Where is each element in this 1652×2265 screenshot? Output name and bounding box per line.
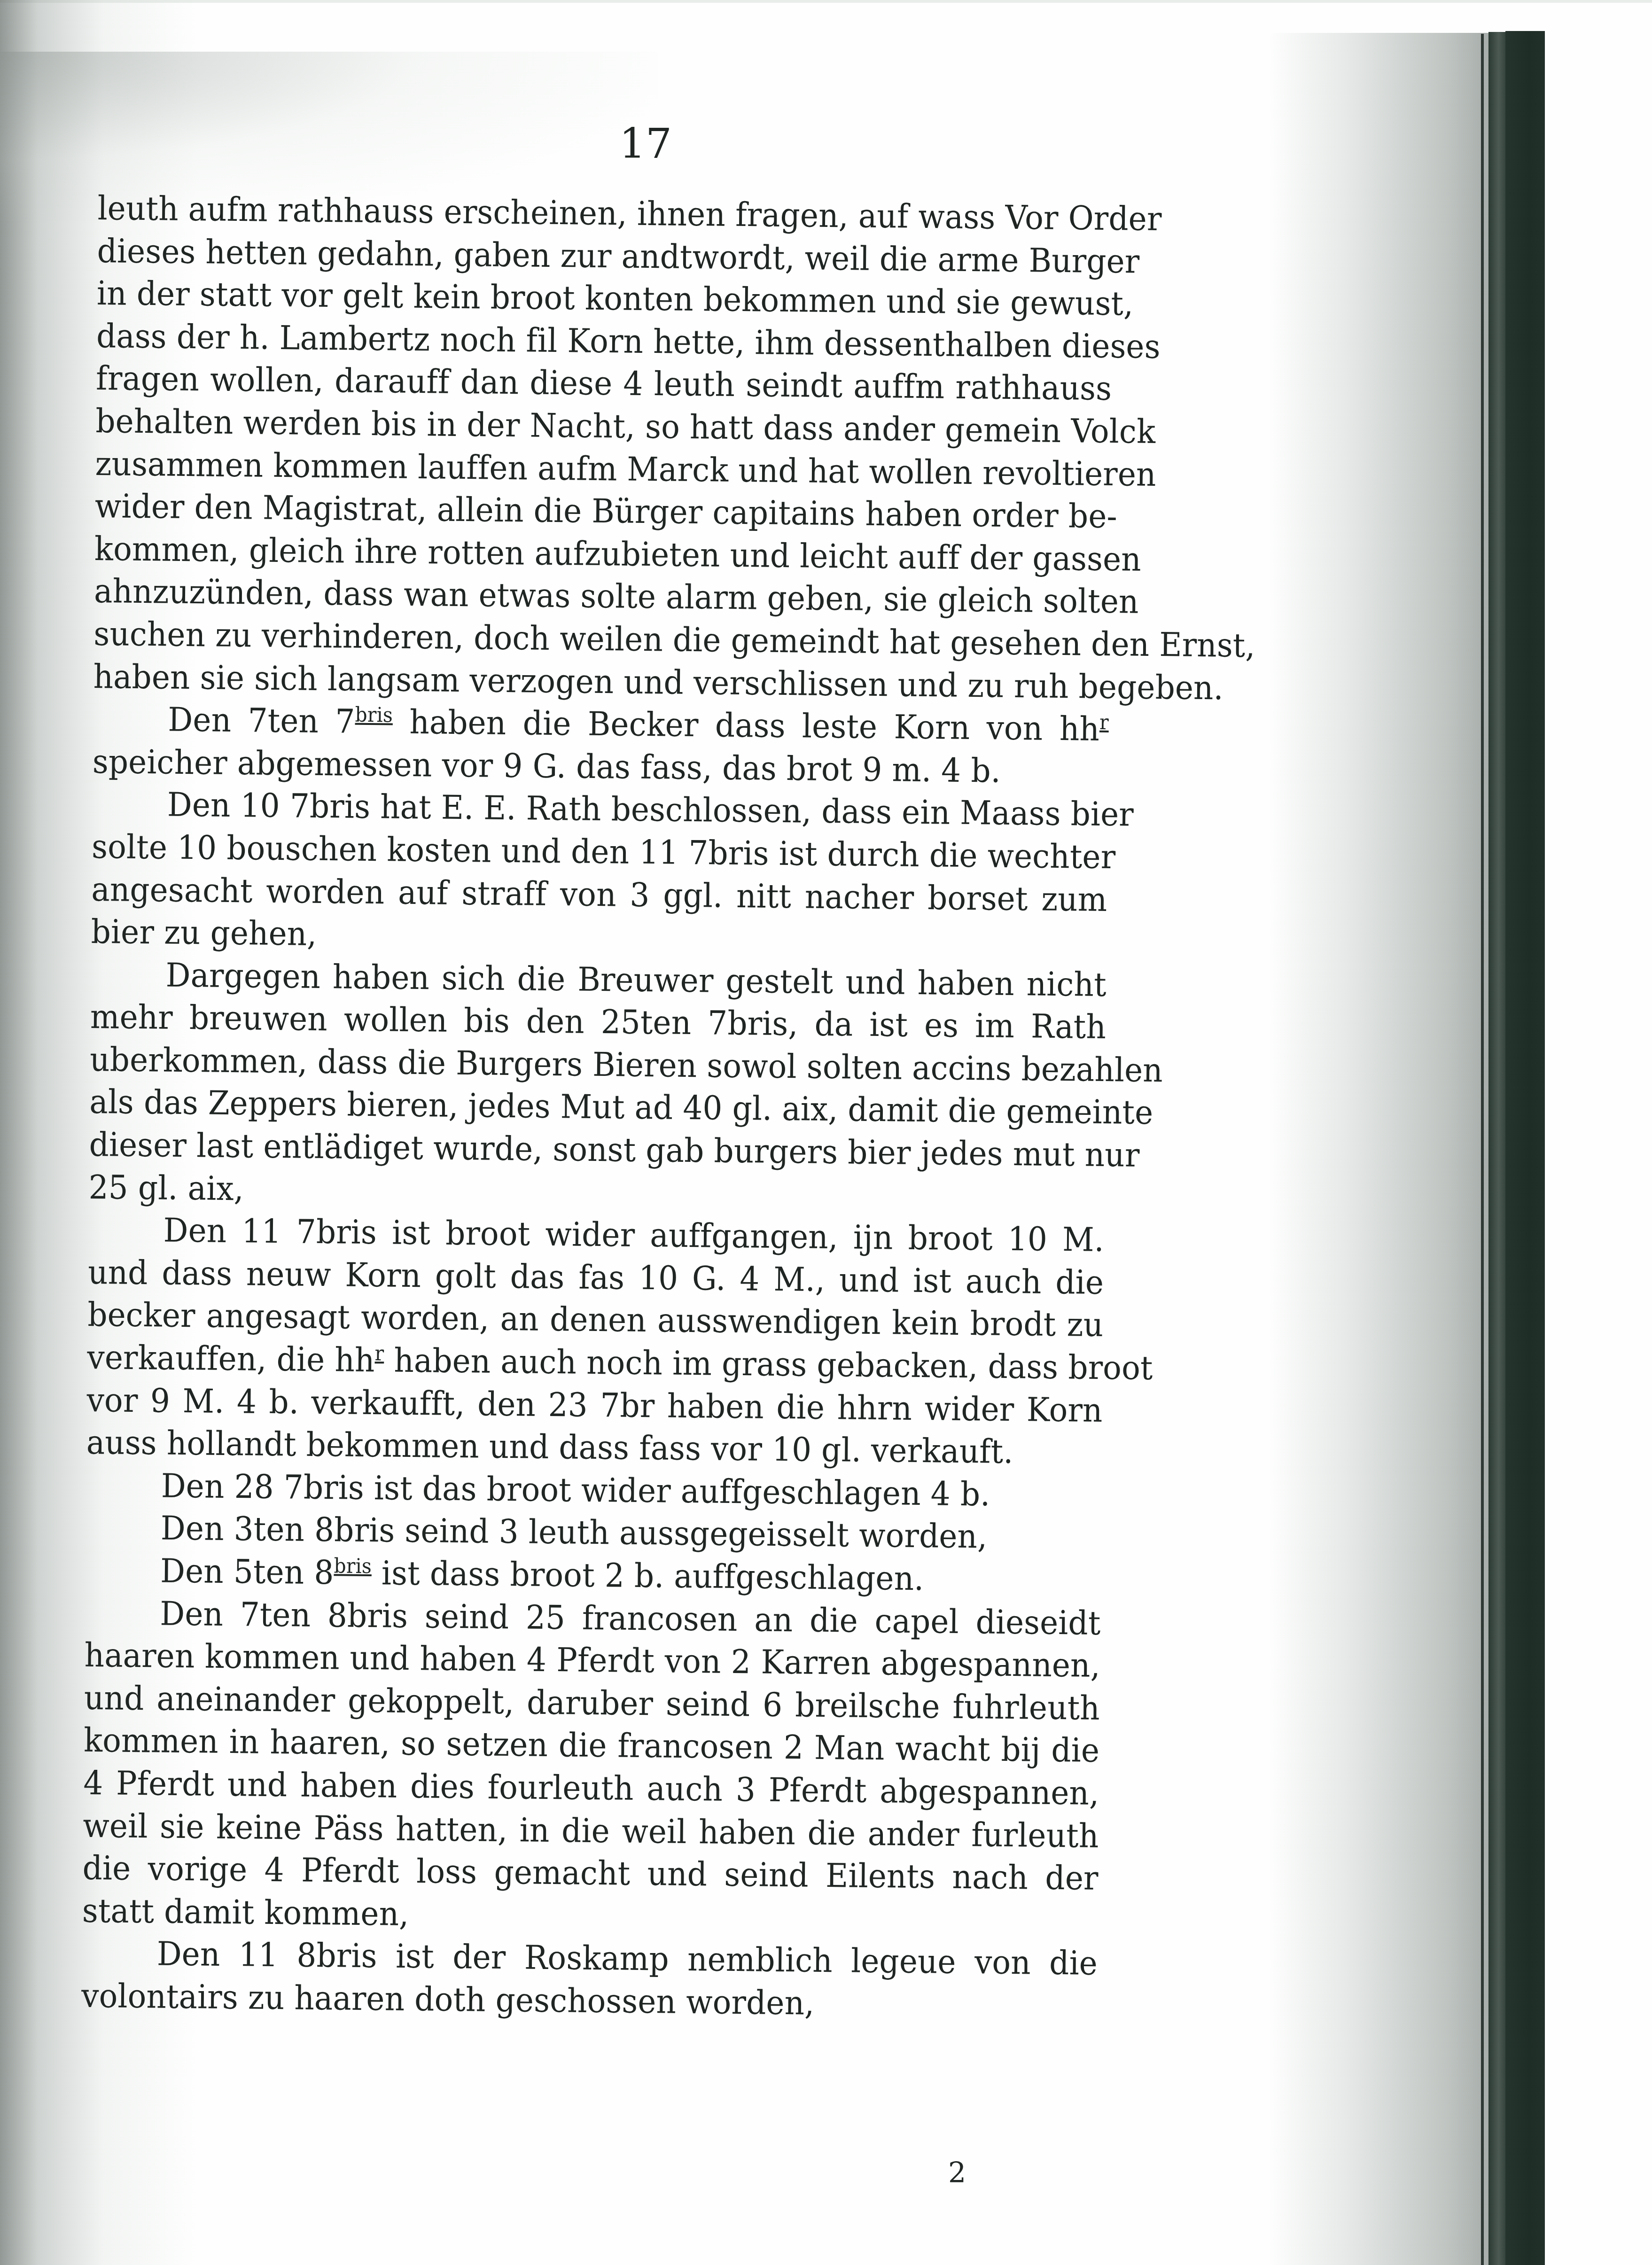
- book-spine-cover: [1505, 31, 1545, 2265]
- book-spine-edge: [1481, 34, 1484, 2265]
- page-number: 17: [619, 123, 672, 164]
- book-spine-band: [1488, 32, 1505, 2265]
- body-text: leuth aufm rathhauss erscheinen, ihnen f…: [81, 187, 1114, 2027]
- abbreviation-superscript: bris: [334, 1554, 372, 1578]
- abbreviation-superscript: r: [374, 1342, 384, 1365]
- scan-top-edge: [0, 0, 1652, 3]
- abbreviation-superscript: bris: [355, 703, 393, 727]
- gutter-shadow: [1269, 33, 1489, 2265]
- abbreviation-superscript: r: [1099, 711, 1109, 734]
- sheet-signature: 2: [948, 2159, 966, 2187]
